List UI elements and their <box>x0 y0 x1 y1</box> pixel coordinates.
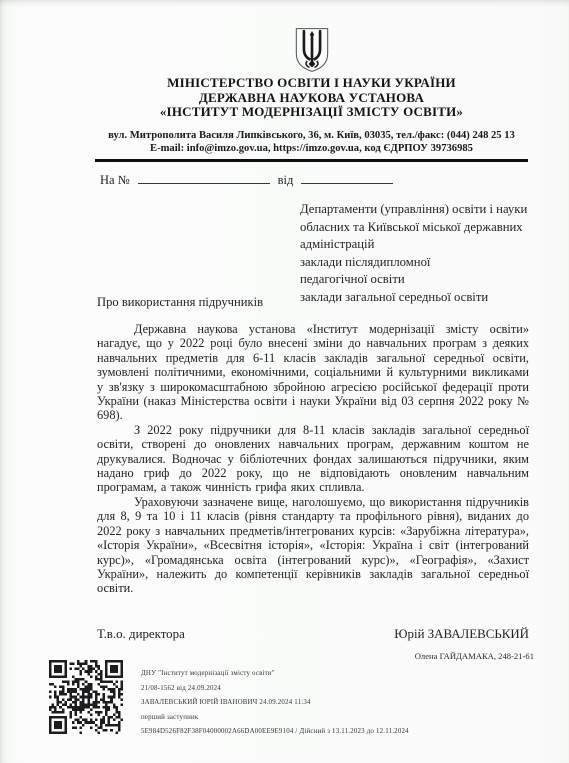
signer-name: Юрій ЗАВАЛЕВСЬКИЙ <box>394 627 529 642</box>
addressee-block: Департаменти (управління) освіти і науки… <box>300 201 535 306</box>
addressee-line: педагогічної освіти <box>300 271 535 289</box>
letter-body: Державна наукова установа «Інститут моде… <box>97 322 529 596</box>
contact-line: E-mail: info@imzo.gov.ua, https://imzo.g… <box>95 142 528 156</box>
signer-position: Т.в.о. директора <box>97 627 185 642</box>
ministry-name: МІНІСТЕРСТВО ОСВІТИ І НАУКИ УКРАЇНИ <box>95 76 528 91</box>
reference-date-blank <box>301 172 393 184</box>
body-paragraph: Ураховуючи зазначене вище, наголошуємо, … <box>97 495 529 596</box>
ukraine-trident-emblem-icon <box>95 26 528 75</box>
addressee-line: заклади післядипломної <box>300 254 535 272</box>
letterhead: МІНІСТЕРСТВО ОСВІТИ І НАУКИ УКРАЇНИ ДЕРЖ… <box>95 0 528 162</box>
body-paragraph: Державна наукова установа «Інститут моде… <box>97 322 529 423</box>
stamp-doc-number: 21/08-1562 від 24.09.2024 <box>141 682 409 697</box>
qr-code <box>48 660 124 734</box>
subject-line: Про використання підручників <box>97 295 263 310</box>
signature-row: Т.в.о. директора Юрій ЗАВАЛЕВСЬКИЙ <box>97 627 529 642</box>
stamp-text: ДНУ "Інститут модернізації змісту освіти… <box>141 660 409 740</box>
digital-signature-stamp: ДНУ "Інститут модернізації змісту освіти… <box>48 660 409 740</box>
institution-type: ДЕРЖАВНА НАУКОВА УСТАНОВА <box>95 91 528 106</box>
stamp-certificate: 5E984D526F82F38F04000002A66DA00EE9E9104 … <box>141 725 409 740</box>
letterhead-contacts: вул. Митрополита Василя Липківського, 36… <box>95 129 528 156</box>
addressee-line: адміністрацій <box>300 236 535 254</box>
reference-line: На №від <box>100 172 393 188</box>
reference-na-label: На № <box>100 173 130 187</box>
stamp-signer: ЗАВАЛЕВСЬКИЙ ЮРІЙ ІВАНОВИЧ 24.09.2024 11… <box>141 696 409 711</box>
addressee-line: Департаменти (управління) освіти і науки <box>300 201 535 219</box>
stamp-org: ДНУ "Інститут модернізації змісту освіти… <box>141 667 409 682</box>
addressee-line: заклади загальної середньої освіти <box>300 289 535 307</box>
letterhead-divider <box>95 159 528 162</box>
scanned-letter-page: МІНІСТЕРСТВО ОСВІТИ І НАУКИ УКРАЇНИ ДЕРЖ… <box>0 0 569 763</box>
address-line: вул. Митрополита Василя Липківського, 36… <box>95 129 528 143</box>
institution-name: «ІНСТИТУТ МОДЕРНІЗАЦІЇ ЗМІСТУ ОСВІТИ» <box>95 105 528 120</box>
stamp-signer-role: перший заступник <box>141 711 409 726</box>
reference-number-blank <box>138 172 270 184</box>
addressee-line: обласних та Київської міської державних <box>300 219 535 237</box>
reference-vid-label: від <box>278 173 294 187</box>
body-paragraph: З 2022 року підручники для 8-11 класів з… <box>97 423 529 495</box>
